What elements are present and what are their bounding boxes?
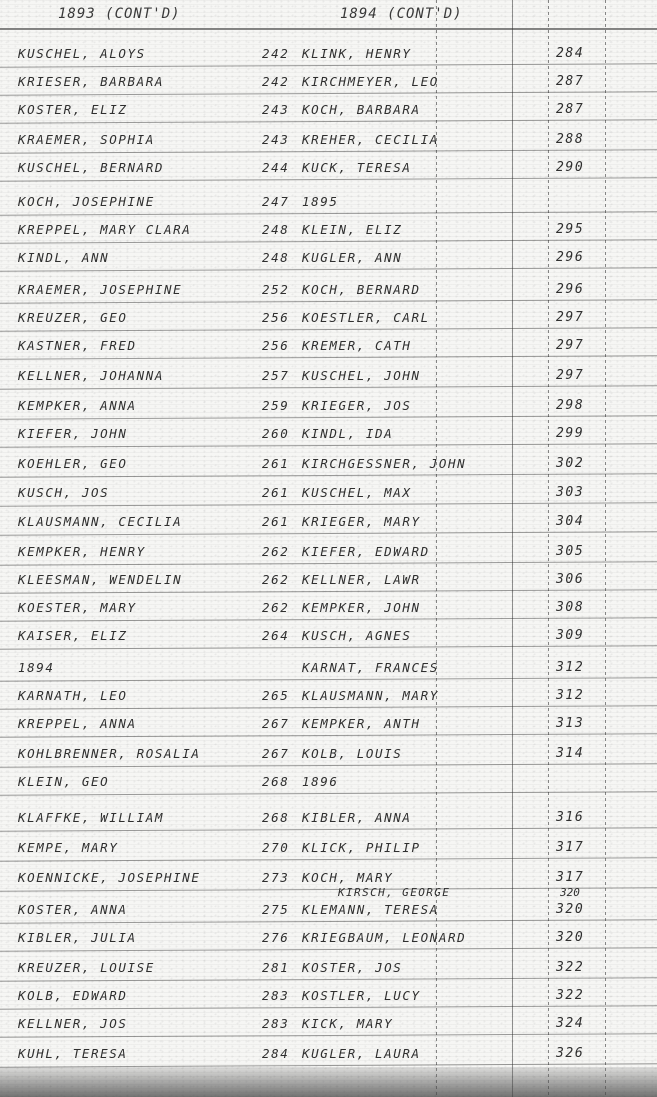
row-rule bbox=[0, 763, 657, 767]
right-entry-name: KEMPKER, ANTH bbox=[302, 716, 421, 731]
ledger-row: KOCH, JOSEPHINE2471895 bbox=[0, 190, 657, 218]
ledger-row: KUSCHEL, ALOYS242KLINK, HENRY284 bbox=[0, 42, 657, 70]
row-rule bbox=[0, 617, 657, 621]
left-entry-name: KOSTER, ELIZ bbox=[18, 102, 128, 117]
row-rule bbox=[0, 91, 657, 95]
left-entry-name: KOHLBRENNER, ROSALIA bbox=[18, 746, 201, 761]
entry-number: 256 bbox=[262, 310, 289, 325]
page-number: 299 bbox=[556, 426, 584, 441]
row-rule bbox=[0, 827, 657, 831]
ledger-row: 1894KARNAT, FRANCES312 bbox=[0, 656, 657, 684]
right-entry-name: KARNAT, FRANCES bbox=[302, 660, 439, 675]
left-entry-name: KOENNICKE, JOSEPHINE bbox=[18, 870, 201, 885]
left-entry-name: KLEIN, GEO bbox=[18, 774, 109, 789]
page-number: 297 bbox=[556, 310, 584, 325]
ledger-row: KINDL, ANN248KUGLER, ANN296 bbox=[0, 246, 657, 274]
left-entry-name: KREPPEL, MARY CLARA bbox=[18, 222, 191, 237]
ledger-row: KLAUSMANN, CECILIA261KRIEGER, MARY304 bbox=[0, 510, 657, 538]
right-entry-name: KIBLER, ANNA bbox=[302, 810, 412, 825]
ledger-row: KOENNICKE, JOSEPHINE273KOCH, MARY317 bbox=[0, 866, 657, 894]
entry-number: 243 bbox=[262, 102, 289, 117]
left-entry-name: KREUZER, LOUISE bbox=[18, 960, 155, 975]
right-entry-name: KICK, MARY bbox=[302, 1016, 393, 1031]
right-entry-name: KOSTER, JOS bbox=[302, 960, 402, 975]
right-entry-name: KREHER, CECILIA bbox=[302, 132, 439, 147]
right-entry-name: KREMER, CATH bbox=[302, 338, 412, 353]
ledger-row: KEMPKER, HENRY262KIEFER, EDWARD305 bbox=[0, 540, 657, 568]
right-entry-name: KOCH, MARY bbox=[302, 870, 393, 885]
page-number: 296 bbox=[556, 250, 584, 265]
ledger-row: KIEFER, JOHN260KINDL, IDA299 bbox=[0, 422, 657, 450]
left-entry-name: KIBLER, JULIA bbox=[18, 930, 137, 945]
ledger-row: KASTNER, FRED256KREMER, CATH297 bbox=[0, 334, 657, 362]
left-entry-name: KLAFFKE, WILLIAM bbox=[18, 810, 164, 825]
left-entry-name: KOEHLER, GEO bbox=[18, 456, 128, 471]
page-number: 296 bbox=[556, 282, 584, 297]
right-entry-name: KIEFER, EDWARD bbox=[302, 544, 430, 559]
right-entry-name: KUSCH, AGNES bbox=[302, 628, 412, 643]
page-number: 322 bbox=[556, 960, 584, 975]
page-number: 324 bbox=[556, 1016, 584, 1031]
right-entry-name: KOESTLER, CARL bbox=[302, 310, 430, 325]
scan-bottom-edge bbox=[0, 1067, 657, 1097]
row-rule bbox=[0, 1033, 657, 1037]
page-number: 304 bbox=[556, 514, 584, 529]
left-entry-name: KUSCH, JOS bbox=[18, 485, 109, 500]
page-number: 303 bbox=[556, 485, 584, 500]
left-entry-name: KASTNER, FRED bbox=[18, 338, 137, 353]
row-rule bbox=[0, 887, 657, 891]
row-rule bbox=[0, 947, 657, 951]
entry-number: 262 bbox=[262, 600, 289, 615]
right-entry-name: KLICK, PHILIP bbox=[302, 840, 421, 855]
ledger-row: KRAEMER, SOPHIA243KREHER, CECILIA288 bbox=[0, 128, 657, 156]
row-rule bbox=[0, 473, 657, 477]
entry-number: 261 bbox=[262, 456, 289, 471]
row-rule bbox=[0, 415, 657, 419]
entry-number: 276 bbox=[262, 930, 289, 945]
left-entry-name: KLEESMAN, WENDELIN bbox=[18, 572, 182, 587]
ledger-row: KELLNER, JOHANNA257KUSCHEL, JOHN297 bbox=[0, 364, 657, 392]
left-entry-name: KUSCHEL, BERNARD bbox=[18, 160, 164, 175]
entry-number: 270 bbox=[262, 840, 289, 855]
row-rule bbox=[0, 531, 657, 535]
left-entry-name: KELLNER, JOS bbox=[18, 1016, 128, 1031]
entry-number: 283 bbox=[262, 988, 289, 1003]
right-entry-name: KIRCHMEYER, LEO bbox=[302, 74, 439, 89]
entry-number: 262 bbox=[262, 572, 289, 587]
insert-line-page: 320 bbox=[560, 886, 580, 899]
entry-number: 267 bbox=[262, 716, 289, 731]
page-number: 302 bbox=[556, 456, 584, 471]
page-number: 312 bbox=[556, 688, 584, 703]
right-entry-name: KOSTLER, LUCY bbox=[302, 988, 421, 1003]
row-rule bbox=[0, 589, 657, 593]
entry-number: 262 bbox=[262, 544, 289, 559]
right-entry-name: KLINK, HENRY bbox=[302, 46, 412, 61]
entry-number: 244 bbox=[262, 160, 289, 175]
entry-number: 267 bbox=[262, 746, 289, 761]
left-entry-name: KLAUSMANN, CECILIA bbox=[18, 514, 182, 529]
entry-number: 242 bbox=[262, 74, 289, 89]
right-entry-name: KRIEGER, JOS bbox=[302, 398, 412, 413]
row-rule bbox=[0, 733, 657, 737]
entry-number: 248 bbox=[262, 250, 289, 265]
entry-number: 248 bbox=[262, 222, 289, 237]
page-number: 287 bbox=[556, 102, 584, 117]
page-number: 320 bbox=[556, 902, 584, 917]
entry-number: 260 bbox=[262, 426, 289, 441]
row-rule bbox=[0, 677, 657, 681]
right-entry-name: KUSCHEL, JOHN bbox=[302, 368, 421, 383]
page-number: 288 bbox=[556, 132, 584, 147]
ledger-row: KARNATH, LEO265KLAUSMANN, MARY312 bbox=[0, 684, 657, 712]
insert-line-name: KIRSCH, GEORGE bbox=[338, 886, 450, 899]
page-number: 314 bbox=[556, 746, 584, 761]
left-entry-name: KOCH, JOSEPHINE bbox=[18, 194, 155, 209]
right-entry-name: KLEIN, ELIZ bbox=[302, 222, 402, 237]
left-entry-name: KEMPKER, ANNA bbox=[18, 398, 137, 413]
entry-number: 283 bbox=[262, 1016, 289, 1031]
entry-number: 264 bbox=[262, 628, 289, 643]
row-rule bbox=[0, 857, 657, 861]
left-entry-name: KRAEMER, JOSEPHINE bbox=[18, 282, 182, 297]
page-number: 305 bbox=[556, 544, 584, 559]
ledger-row: KUSCH, JOS261KUSCHEL, MAX303 bbox=[0, 481, 657, 509]
ledger-row: KRAEMER, JOSEPHINE252KOCH, BERNARD296 bbox=[0, 278, 657, 306]
page-number: 308 bbox=[556, 600, 584, 615]
row-rule bbox=[0, 443, 657, 447]
row-rule bbox=[0, 385, 657, 389]
right-entry-name: KOLB, LOUIS bbox=[302, 746, 402, 761]
right-entry-name: KRIEGER, MARY bbox=[302, 514, 421, 529]
page-number: 309 bbox=[556, 628, 584, 643]
row-rule bbox=[0, 919, 657, 923]
page-number: 312 bbox=[556, 660, 584, 675]
right-entry-name: KUSCHEL, MAX bbox=[302, 485, 412, 500]
left-entry-name: KUSCHEL, ALOYS bbox=[18, 46, 146, 61]
right-entry-name: KUCK, TERESA bbox=[302, 160, 412, 175]
right-entry-name: KINDL, IDA bbox=[302, 426, 393, 441]
right-entry-name: KUGLER, ANN bbox=[302, 250, 402, 265]
right-entry-name: KRIEGBAUM, LEONARD bbox=[302, 930, 466, 945]
left-entry-name: 1894 bbox=[18, 660, 55, 675]
row-rule bbox=[0, 177, 657, 181]
row-rule bbox=[0, 1005, 657, 1009]
entry-number: 268 bbox=[262, 810, 289, 825]
ledger-row: KUSCHEL, BERNARD244KUCK, TERESA290 bbox=[0, 156, 657, 184]
page-number: 316 bbox=[556, 810, 584, 825]
ledger-row: KLAFFKE, WILLIAM268KIBLER, ANNA316 bbox=[0, 806, 657, 834]
left-entry-name: KIEFER, JOHN bbox=[18, 426, 128, 441]
header-right-year: 1894 (CONT'D) bbox=[340, 6, 463, 22]
ledger-row: KOHLBRENNER, ROSALIA267KOLB, LOUIS314 bbox=[0, 742, 657, 770]
row-rule bbox=[0, 299, 657, 303]
header-left-year: 1893 (CONT'D) bbox=[58, 6, 181, 22]
page-number: 290 bbox=[556, 160, 584, 175]
ledger-row: KAISER, ELIZ264KUSCH, AGNES309 bbox=[0, 624, 657, 652]
entry-number: 268 bbox=[262, 774, 289, 789]
ledger-row: KEMPE, MARY270KLICK, PHILIP317 bbox=[0, 836, 657, 864]
ledger-row: KLEESMAN, WENDELIN262KELLNER, LAWR306 bbox=[0, 568, 657, 596]
page-number: 320 bbox=[556, 930, 584, 945]
page-number: 295 bbox=[556, 222, 584, 237]
entry-number: 273 bbox=[262, 870, 289, 885]
left-entry-name: KEMPE, MARY bbox=[18, 840, 118, 855]
row-rule bbox=[0, 239, 657, 243]
entry-number: 242 bbox=[262, 46, 289, 61]
header-rule bbox=[0, 28, 657, 30]
row-rule bbox=[0, 355, 657, 359]
right-entry-name: KOCH, BARBARA bbox=[302, 102, 421, 117]
left-entry-name: KAISER, ELIZ bbox=[18, 628, 128, 643]
ledger-row: KLEIN, GEO2681896 bbox=[0, 770, 657, 798]
right-entry-name: KELLNER, LAWR bbox=[302, 572, 421, 587]
ledger-row: KOSTER, ELIZ243KOCH, BARBARA287 bbox=[0, 98, 657, 126]
right-entry-name: KUGLER, LAURA bbox=[302, 1046, 421, 1061]
left-entry-name: KELLNER, JOHANNA bbox=[18, 368, 164, 383]
ledger-row: KOLB, EDWARD283KOSTLER, LUCY322 bbox=[0, 984, 657, 1012]
row-rule bbox=[0, 211, 657, 215]
row-rule bbox=[0, 791, 657, 795]
entry-number: 243 bbox=[262, 132, 289, 147]
ledger-row: KIBLER, JULIA276KRIEGBAUM, LEONARD320 bbox=[0, 926, 657, 954]
page-number: 313 bbox=[556, 716, 584, 731]
ledger-row: KREUZER, LOUISE281KOSTER, JOS322 bbox=[0, 956, 657, 984]
row-rule bbox=[0, 561, 657, 565]
row-rule bbox=[0, 705, 657, 709]
row-rule bbox=[0, 327, 657, 331]
left-entry-name: KRIESER, BARBARA bbox=[18, 74, 164, 89]
right-entry-name: 1895 bbox=[302, 194, 339, 209]
ledger-row: KREPPEL, MARY CLARA248KLEIN, ELIZ295 bbox=[0, 218, 657, 246]
page-number: 297 bbox=[556, 338, 584, 353]
right-entry-name: KLEMANN, TERESA bbox=[302, 902, 439, 917]
ledger-row: KRIESER, BARBARA242KIRCHMEYER, LEO287 bbox=[0, 70, 657, 98]
entry-number: 259 bbox=[262, 398, 289, 413]
left-entry-name: KUHL, TERESA bbox=[18, 1046, 128, 1061]
row-rule bbox=[0, 149, 657, 153]
left-entry-name: KREUZER, GEO bbox=[18, 310, 128, 325]
row-rule bbox=[0, 502, 657, 506]
ledger-row: KOSTER, ANNA275KLEMANN, TERESA320 bbox=[0, 898, 657, 926]
right-entry-name: KLAUSMANN, MARY bbox=[302, 688, 439, 703]
ledger-row: KOESTER, MARY262KEMPKER, JOHN308 bbox=[0, 596, 657, 624]
ledger-row: KELLNER, JOS283KICK, MARY324 bbox=[0, 1012, 657, 1040]
page-number: 317 bbox=[556, 840, 584, 855]
ledger-row: KREPPEL, ANNA267KEMPKER, ANTH313 bbox=[0, 712, 657, 740]
left-entry-name: KREPPEL, ANNA bbox=[18, 716, 137, 731]
right-entry-name: KIRCHGESSNER, JOHN bbox=[302, 456, 466, 471]
row-rule bbox=[0, 63, 657, 67]
scanned-ledger-page: 1893 (CONT'D) 1894 (CONT'D) KUSCHEL, ALO… bbox=[0, 0, 657, 1097]
entry-number: 261 bbox=[262, 485, 289, 500]
row-rule bbox=[0, 977, 657, 981]
entry-number: 256 bbox=[262, 338, 289, 353]
left-entry-name: KEMPKER, HENRY bbox=[18, 544, 146, 559]
page-number: 298 bbox=[556, 398, 584, 413]
page-number: 306 bbox=[556, 572, 584, 587]
row-rule bbox=[0, 645, 657, 649]
right-entry-name: KEMPKER, JOHN bbox=[302, 600, 421, 615]
ledger-row: KREUZER, GEO256KOESTLER, CARL297 bbox=[0, 306, 657, 334]
right-entry-name: 1896 bbox=[302, 774, 339, 789]
page-number: 317 bbox=[556, 870, 584, 885]
page-number: 284 bbox=[556, 46, 584, 61]
row-rule bbox=[0, 267, 657, 271]
entry-number: 252 bbox=[262, 282, 289, 297]
page-number: 326 bbox=[556, 1046, 584, 1061]
page-number: 322 bbox=[556, 988, 584, 1003]
entry-number: 281 bbox=[262, 960, 289, 975]
page-number: 297 bbox=[556, 368, 584, 383]
entry-number: 284 bbox=[262, 1046, 289, 1061]
ledger-row: KUHL, TERESA284KUGLER, LAURA326 bbox=[0, 1042, 657, 1070]
page-number: 287 bbox=[556, 74, 584, 89]
left-entry-name: KOLB, EDWARD bbox=[18, 988, 128, 1003]
entry-number: 275 bbox=[262, 902, 289, 917]
left-entry-name: KOESTER, MARY bbox=[18, 600, 137, 615]
left-entry-name: KINDL, ANN bbox=[18, 250, 109, 265]
ledger-row: KOEHLER, GEO261KIRCHGESSNER, JOHN302 bbox=[0, 452, 657, 480]
row-rule bbox=[0, 119, 657, 123]
left-entry-name: KARNATH, LEO bbox=[18, 688, 128, 703]
left-entry-name: KOSTER, ANNA bbox=[18, 902, 128, 917]
entry-number: 261 bbox=[262, 514, 289, 529]
entry-number: 247 bbox=[262, 194, 289, 209]
ledger-row: KEMPKER, ANNA259KRIEGER, JOS298 bbox=[0, 394, 657, 422]
right-entry-name: KOCH, BERNARD bbox=[302, 282, 421, 297]
entry-number: 265 bbox=[262, 688, 289, 703]
left-entry-name: KRAEMER, SOPHIA bbox=[18, 132, 155, 147]
entry-number: 257 bbox=[262, 368, 289, 383]
